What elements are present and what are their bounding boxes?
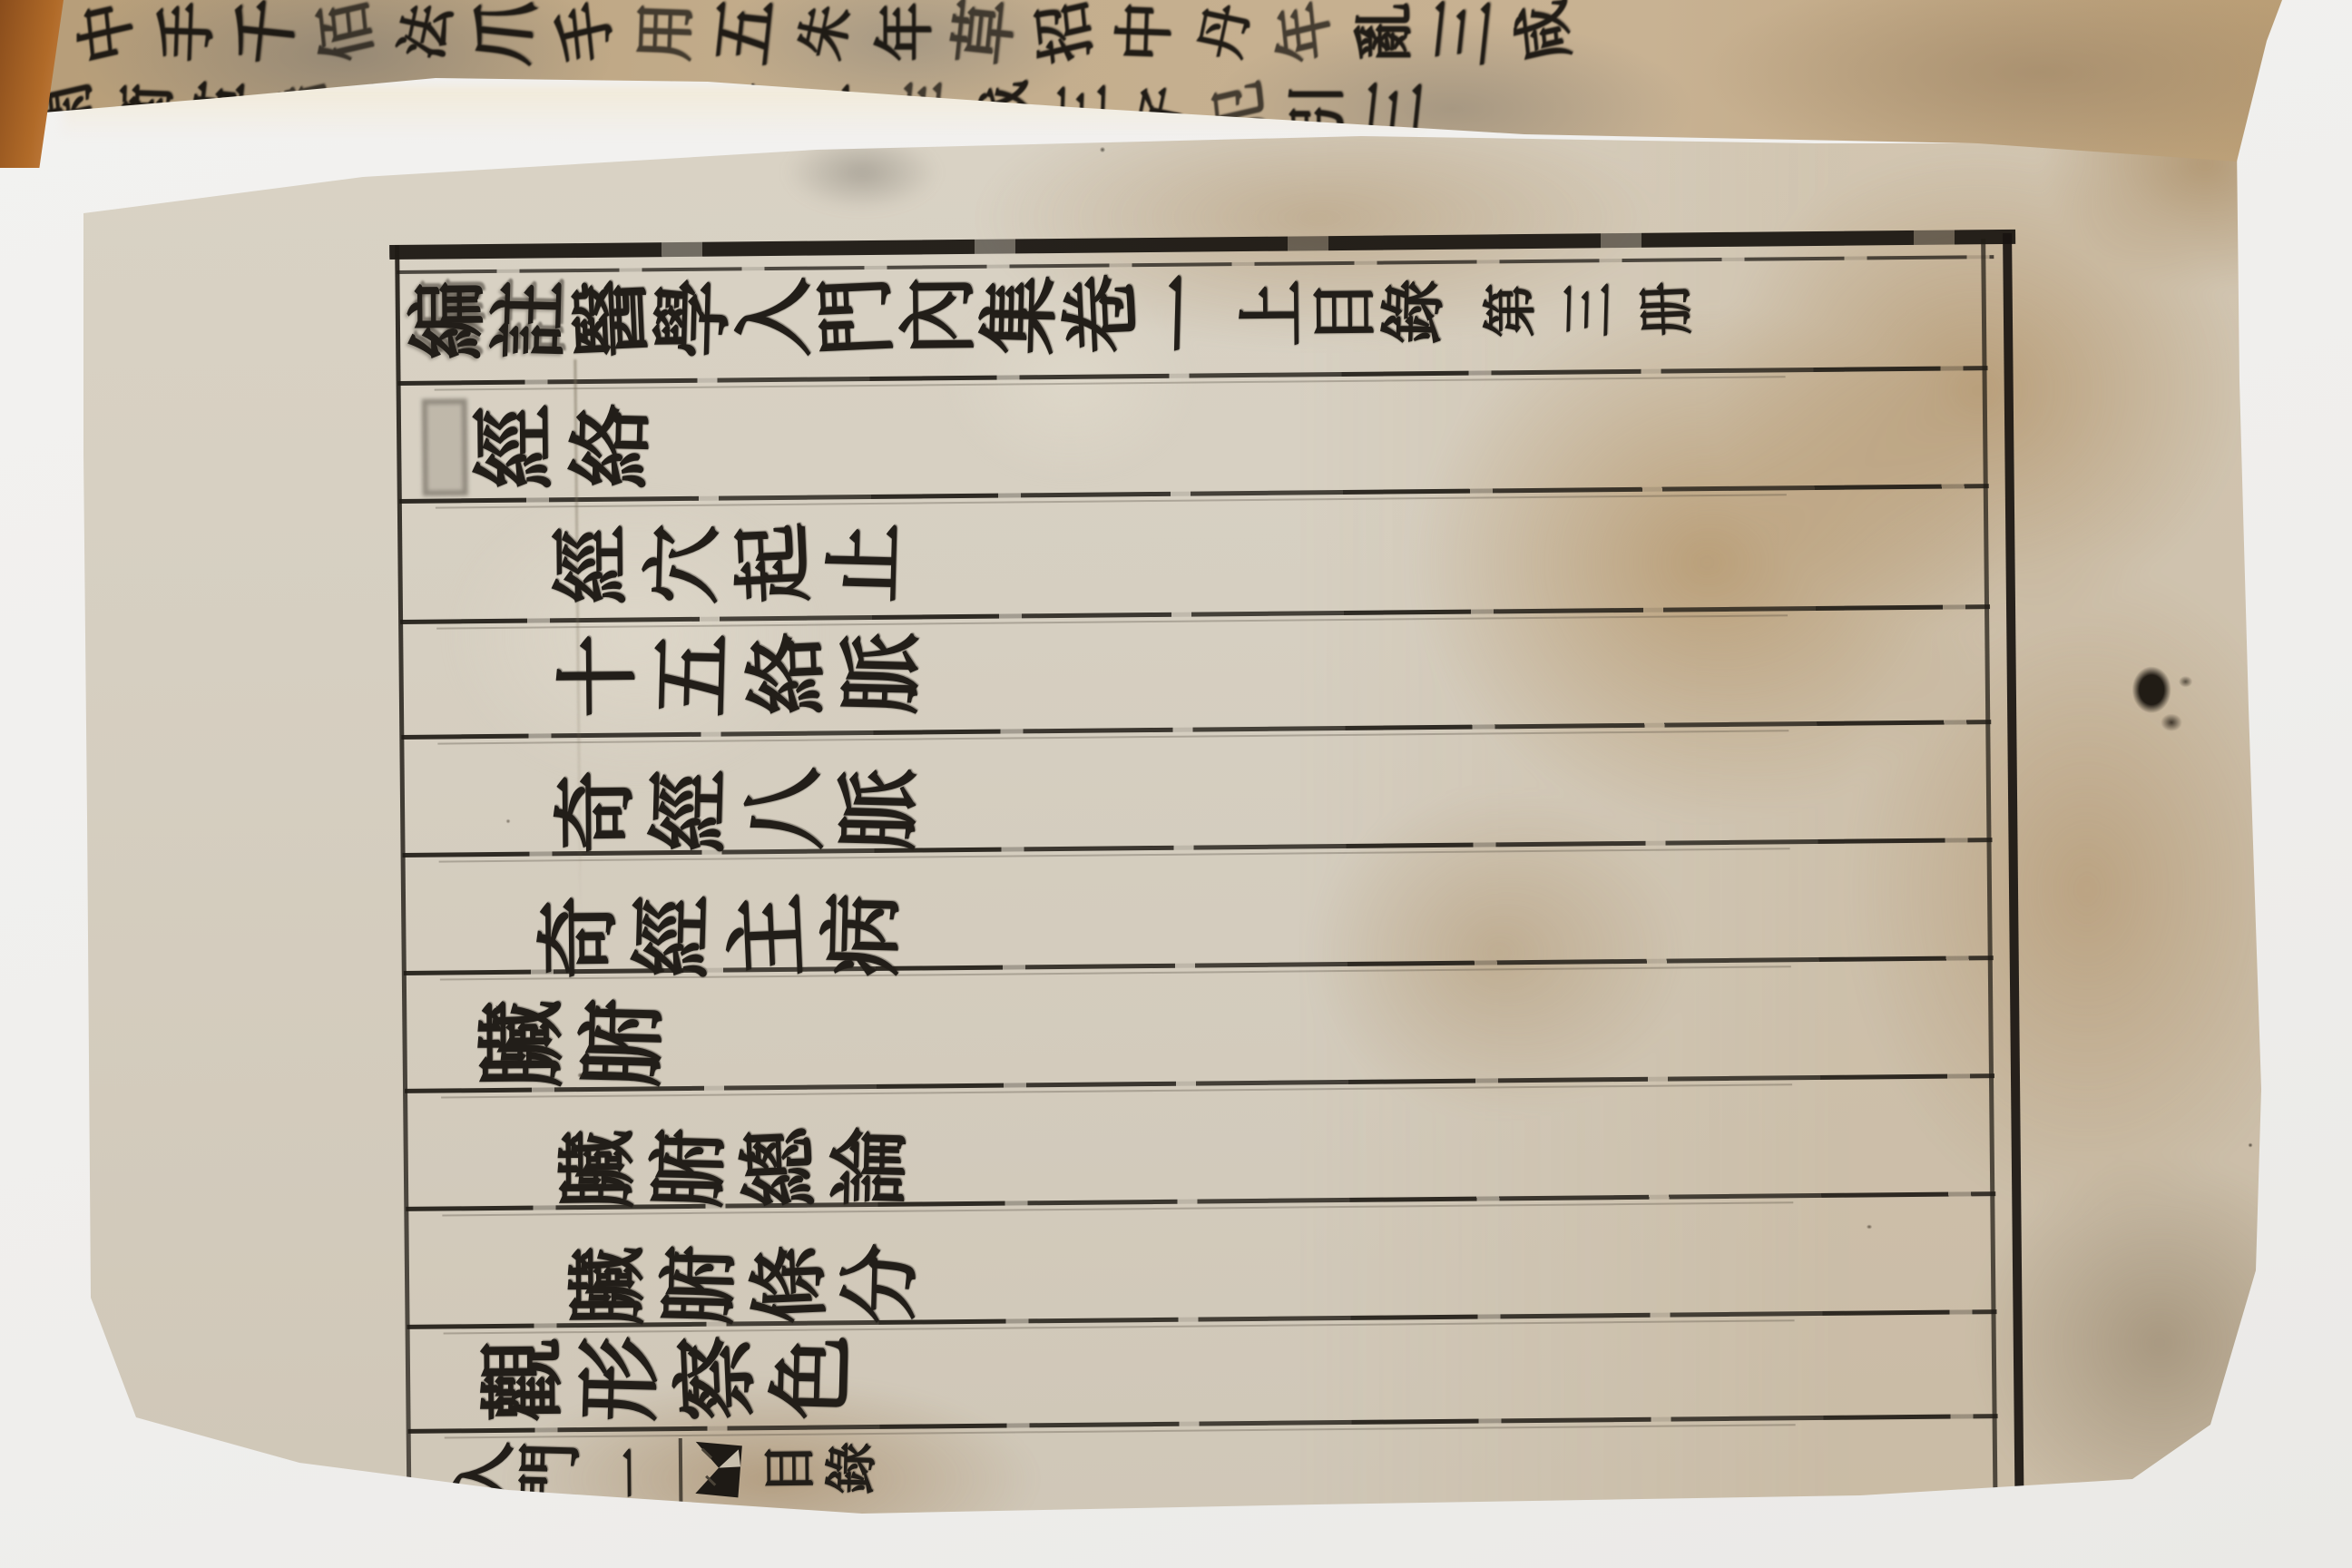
glyph: 招 — [1031, 0, 1100, 69]
glyph: 丹 — [1191, 0, 1259, 64]
glyph: 中 — [73, 0, 142, 69]
glyph: 亂 — [1353, 2, 1416, 62]
glyph: 年 — [1270, 0, 1339, 69]
glyph: 五 — [708, 0, 784, 68]
glyph: 佰 — [312, 0, 381, 69]
book-page: 編註醫學入門內集卷一 上 目錄 第三册 經絡 經穴起止 十五絡脈 奇經八脈 奇經… — [0, 0, 2352, 1568]
glyph: 朱 — [792, 0, 859, 64]
glyph: 法 — [393, 0, 460, 64]
glyph: 手 — [154, 1, 220, 63]
glyph: 草 — [947, 0, 1024, 68]
glyph: 犯 — [1207, 76, 1273, 148]
handwriting-line: 中手千佰法爪手用五朱年草招中丹年亂三咸 — [77, 0, 1594, 64]
glyph: 用 — [633, 1, 699, 63]
ink-specks — [0, 0, 2352, 1568]
glyph: 年 — [874, 2, 937, 62]
glyph: 爪 — [468, 0, 544, 68]
book-photo: 編註醫學入門內集卷一 上 目錄 第三册 經絡 經穴起止 十五絡脈 奇經八脈 奇經… — [0, 0, 2352, 1568]
glyph: 咸 — [1510, 0, 1579, 69]
glyph: 手 — [552, 0, 621, 69]
glyph: 千 — [229, 0, 305, 68]
glyph: 三 — [1426, 0, 1503, 68]
glyph: 中 — [1112, 1, 1178, 63]
